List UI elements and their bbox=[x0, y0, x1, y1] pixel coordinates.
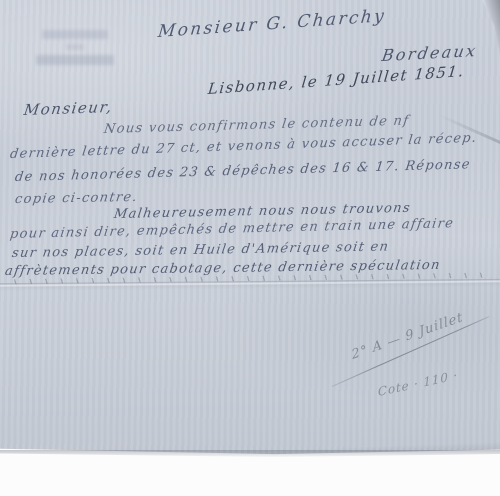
body-line: Nous vous confirmons le contenu de nf bbox=[103, 113, 410, 137]
body-line: pour ainsi dire, empêchés de mettre en t… bbox=[9, 216, 455, 242]
pencil-annotation: 2° A — 9 Juillet bbox=[351, 310, 465, 363]
stamp-mark bbox=[42, 30, 108, 39]
letter-paper: Monsieur G. Charchy Bordeaux Lisbonne, l… bbox=[0, 0, 500, 456]
stamp-mark bbox=[36, 55, 114, 65]
body-line: de nos honorées des 23 & dépêches des 16… bbox=[14, 157, 472, 185]
body-line: copie ci-contre. bbox=[14, 190, 139, 207]
body-line: dernière lettre du 27 ct, et venons à vo… bbox=[9, 131, 478, 162]
corner-tear bbox=[482, 0, 500, 58]
body-line: sur nos places, soit en Huile d'Amérique… bbox=[11, 239, 390, 261]
pencil-annotation: Cote · 110 · bbox=[378, 368, 459, 399]
salutation: Monsieur, bbox=[23, 98, 114, 119]
faint-postal-stamp bbox=[32, 28, 120, 74]
recipient-line: Monsieur G. Charchy bbox=[157, 6, 387, 42]
paper-edge-shadow bbox=[0, 450, 500, 460]
dateline: Lisbonne, le 19 Juillet 1851. bbox=[207, 62, 466, 98]
stamp-mark bbox=[66, 44, 84, 50]
